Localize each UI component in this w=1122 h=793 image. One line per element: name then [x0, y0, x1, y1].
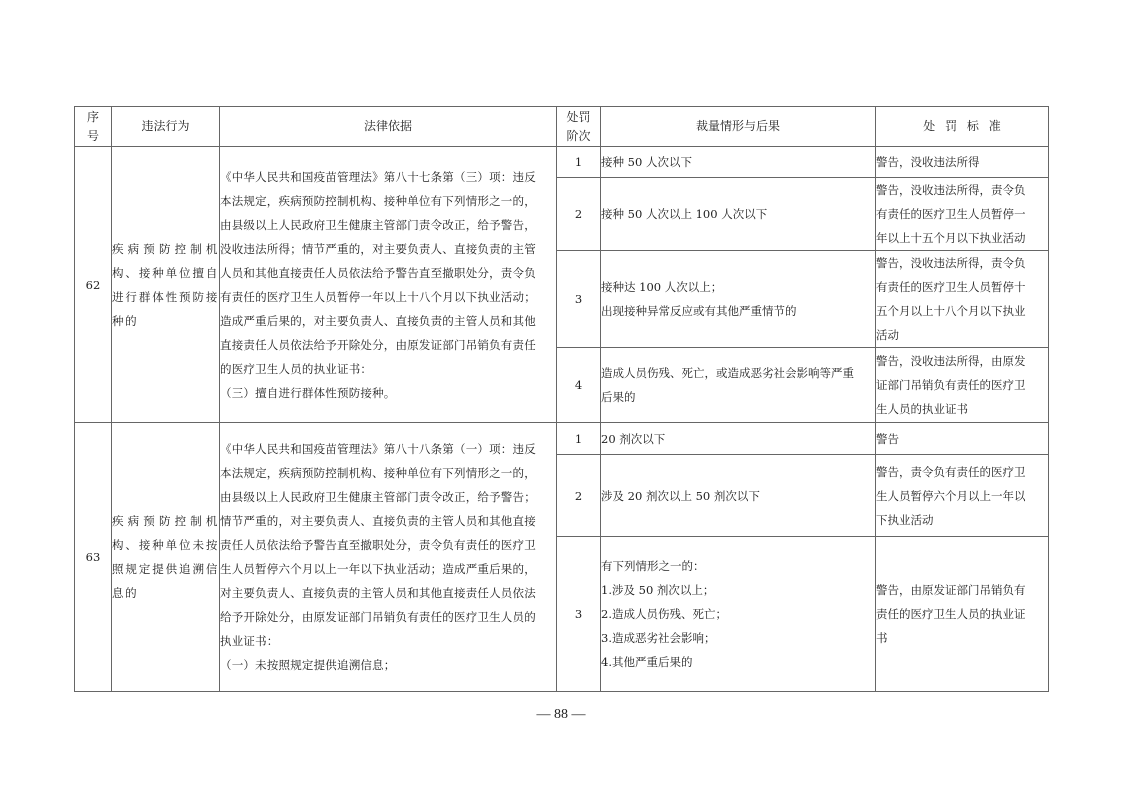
- discretion-situation: 20 剂次以下: [601, 423, 876, 455]
- discretion-situation: 有下列情形之一的：1.涉及 50 剂次以上；2.造成人员伤残、死亡；3.造成恶劣…: [601, 537, 876, 692]
- legal-basis-line: 直接责任人员依法给予开除处分，由原发证部门吊销负有责任: [220, 333, 556, 357]
- penalty-standard: 警告，没收违法所得: [876, 147, 1049, 178]
- legal-basis-line: （三）擅自进行群体性预防接种。: [220, 381, 556, 405]
- header-level: 处罚阶次: [557, 107, 601, 147]
- situation-line: 出现接种异常反应或有其他严重情节的: [601, 299, 875, 323]
- standard-line: 生人员的执业证书: [876, 397, 1048, 421]
- discretion-situation: 接种 50 人次以下: [601, 147, 876, 178]
- penalty-standard: 警告，由原发证部门吊销负有责任的医疗卫生人员的执业证书: [876, 537, 1049, 692]
- penalty-standard: 警告，没收违法所得，责令负有责任的医疗卫生人员暂停十五个月以上十八个月以下执业活…: [876, 251, 1049, 348]
- legal-basis-line: 没收违法所得；情节严重的，对主要负责人、直接负责的主管: [220, 237, 556, 261]
- legal-basis-line: 人员和其他直接责任人员依法给予警告直至撤职处分，责令负: [220, 261, 556, 285]
- header-level-line1: 处罚: [566, 110, 590, 124]
- legal-basis-line: 情节严重的，对主要负责人、直接负责的主管人员和其他直接: [220, 509, 556, 533]
- legal-basis-line: 《中华人民共和国疫苗管理法》第八十七条第（三）项：违反: [220, 165, 556, 189]
- header-act: 违法行为: [112, 107, 220, 147]
- table-row: 63疾病预防控制机构、接种单位未按照规定提供追溯信息的《中华人民共和国疫苗管理法…: [75, 423, 1049, 455]
- penalty-level: 2: [557, 455, 601, 537]
- situation-line: 造成人员伤残、死亡，或造成恶劣社会影响等严重: [601, 361, 875, 385]
- standard-line: 警告，责令负有责任的医疗卫: [876, 460, 1048, 484]
- legal-basis-line: 对主要负责人、直接负责的主管人员和其他直接责任人员依法: [220, 581, 556, 605]
- situation-line: 后果的: [601, 385, 875, 409]
- situation-line: 4.其他严重后果的: [601, 650, 875, 674]
- situation-line: 涉及 20 剂次以上 50 剂次以下: [601, 484, 875, 508]
- standard-line: 有责任的医疗卫生人员暂停十: [876, 275, 1048, 299]
- legal-basis-line: 生人员暂停六个月以上一年以下执业活动；造成严重后果的，: [220, 557, 556, 581]
- header-seq: 序号: [75, 107, 112, 147]
- legal-basis-line: 给予开除处分，由原发证部门吊销负有责任的医疗卫生人员的: [220, 605, 556, 629]
- situation-line: 接种 50 人次以下: [601, 150, 875, 174]
- legal-basis-line: （一）未按照规定提供追溯信息；: [220, 653, 556, 677]
- penalty-level: 4: [557, 348, 601, 423]
- standard-line: 警告，由原发证部门吊销负有: [876, 578, 1048, 602]
- penalty-standard: 警告，没收违法所得，由原发证部门吊销负有责任的医疗卫生人员的执业证书: [876, 348, 1049, 423]
- header-seq-line1: 序: [87, 110, 99, 124]
- standard-line: 有责任的医疗卫生人员暂停一: [876, 202, 1048, 226]
- page-number: — 88 —: [0, 707, 1122, 723]
- legal-basis-line: 的医疗卫生人员的执业证书：: [220, 357, 556, 381]
- row-seq-number: 63: [75, 423, 112, 692]
- penalty-level: 3: [557, 251, 601, 348]
- table-row: 62疾病预防控制机构、接种单位擅自进行群体性预防接种的《中华人民共和国疫苗管理法…: [75, 147, 1049, 178]
- legal-basis-line: 本法规定，疾病预防控制机构、接种单位有下列情形之一的，: [220, 189, 556, 213]
- standard-line: 警告，没收违法所得: [876, 150, 1048, 174]
- standard-line: 警告: [876, 427, 1048, 451]
- legal-basis-line: 由县级以上人民政府卫生健康主管部门责令改正，给予警告；: [220, 485, 556, 509]
- situation-line: 20 剂次以下: [601, 427, 875, 451]
- standard-line: 生人员暂停六个月以上一年以: [876, 484, 1048, 508]
- header-standard: 处 罚 标 准: [876, 107, 1049, 147]
- standard-line: 书: [876, 626, 1048, 650]
- situation-line: 3.造成恶劣社会影响；: [601, 626, 875, 650]
- penalty-level: 1: [557, 423, 601, 455]
- penalty-level: 2: [557, 178, 601, 251]
- standard-line: 警告，没收违法所得，责令负: [876, 178, 1048, 202]
- header-row: 序号 违法行为 法律依据 处罚阶次 裁量情形与后果 处 罚 标 准: [75, 107, 1049, 147]
- discretion-situation: 造成人员伤残、死亡，或造成恶劣社会影响等严重后果的: [601, 348, 876, 423]
- legal-basis: 《中华人民共和国疫苗管理法》第八十八条第（一）项：违反本法规定，疾病预防控制机构…: [220, 423, 557, 692]
- legal-basis: 《中华人民共和国疫苗管理法》第八十七条第（三）项：违反本法规定，疾病预防控制机构…: [220, 147, 557, 423]
- penalty-standards-table: 序号 违法行为 法律依据 处罚阶次 裁量情形与后果 处 罚 标 准 62疾病预防…: [74, 106, 1049, 692]
- standard-line: 责任的医疗卫生人员的执业证: [876, 602, 1048, 626]
- penalty-standard: 警告，责令负有责任的医疗卫生人员暂停六个月以上一年以下执业活动: [876, 455, 1049, 537]
- penalty-level: 3: [557, 537, 601, 692]
- row-seq-number: 62: [75, 147, 112, 423]
- standard-line: 年以上十五个月以下执业活动: [876, 226, 1048, 250]
- situation-line: 接种 50 人次以上 100 人次以下: [601, 202, 875, 226]
- discretion-situation: 接种达 100 人次以上；出现接种异常反应或有其他严重情节的: [601, 251, 876, 348]
- standard-line: 下执业活动: [876, 508, 1048, 532]
- penalty-standard: 警告: [876, 423, 1049, 455]
- standard-line: 五个月以上十八个月以下执业: [876, 299, 1048, 323]
- legal-basis-line: 《中华人民共和国疫苗管理法》第八十八条第（一）项：违反: [220, 437, 556, 461]
- legal-basis-line: 有责任的医疗卫生人员暂停一年以上十八个月以下执业活动；: [220, 285, 556, 309]
- discretion-situation: 接种 50 人次以上 100 人次以下: [601, 178, 876, 251]
- header-level-line2: 阶次: [566, 129, 590, 143]
- situation-line: 1.涉及 50 剂次以上；: [601, 578, 875, 602]
- legal-basis-line: 责任人员依法给予警告直至撤职处分，责令负有责任的医疗卫: [220, 533, 556, 557]
- header-seq-line2: 号: [87, 129, 99, 143]
- header-situation: 裁量情形与后果: [601, 107, 876, 147]
- header-law: 法律依据: [220, 107, 557, 147]
- penalty-level: 1: [557, 147, 601, 178]
- discretion-situation: 涉及 20 剂次以上 50 剂次以下: [601, 455, 876, 537]
- legal-basis-line: 执业证书：: [220, 629, 556, 653]
- legal-basis-line: 由县级以上人民政府卫生健康主管部门责令改正，给予警告，: [220, 213, 556, 237]
- standard-line: 活动: [876, 323, 1048, 347]
- legal-basis-line: 本法规定，疾病预防控制机构、接种单位有下列情形之一的，: [220, 461, 556, 485]
- legal-basis-line: 造成严重后果的，对主要负责人、直接负责的主管人员和其他: [220, 309, 556, 333]
- standard-line: 警告，没收违法所得，由原发: [876, 349, 1048, 373]
- standard-line: 警告，没收违法所得，责令负: [876, 251, 1048, 275]
- situation-line: 接种达 100 人次以上；: [601, 275, 875, 299]
- penalty-standard: 警告，没收违法所得，责令负有责任的医疗卫生人员暂停一年以上十五个月以下执业活动: [876, 178, 1049, 251]
- situation-line: 2.造成人员伤残、死亡；: [601, 602, 875, 626]
- violation-act: 疾病预防控制机构、接种单位擅自进行群体性预防接种的: [112, 147, 220, 423]
- standard-line: 证部门吊销负有责任的医疗卫: [876, 373, 1048, 397]
- violation-act: 疾病预防控制机构、接种单位未按照规定提供追溯信息的: [112, 423, 220, 692]
- situation-line: 有下列情形之一的：: [601, 554, 875, 578]
